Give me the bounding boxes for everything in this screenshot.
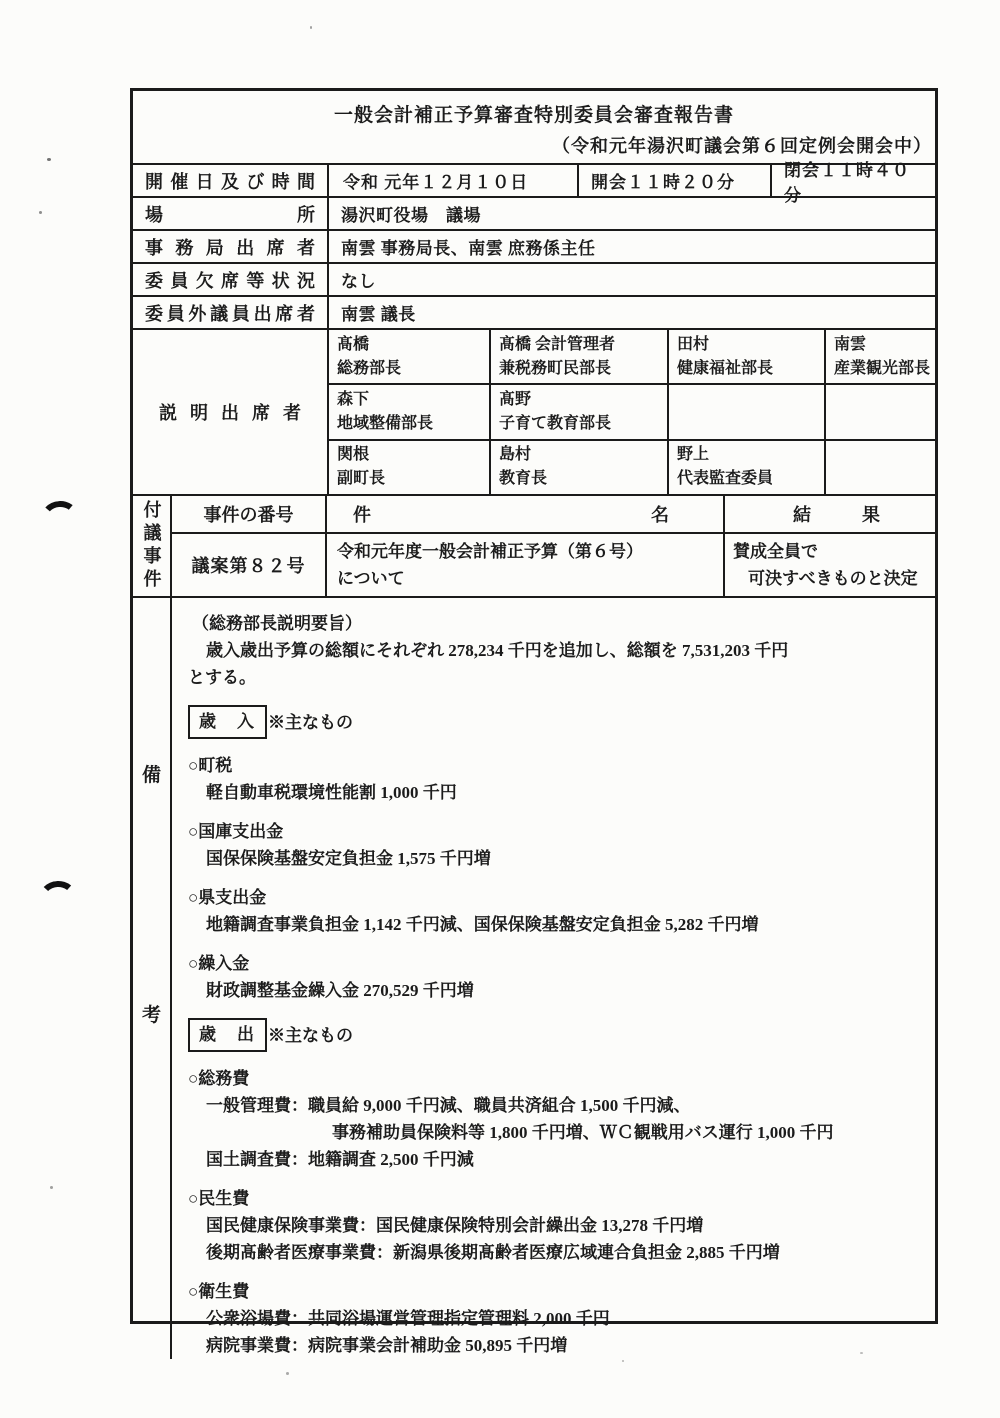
item-detail: 公衆浴場費：共同浴場運営管理指定管理料 2,000 千円 bbox=[182, 1305, 925, 1332]
value-date: 令和 元年１２月１０日 bbox=[329, 165, 579, 196]
punch-hole-mark bbox=[38, 880, 78, 916]
scan-speck bbox=[39, 211, 42, 214]
attendee-row: 髙橋 総務部長 髙橋 会計管理者 兼税務町民部長 田村 健康福祉部長 南雲 産業… bbox=[329, 330, 935, 385]
attendee-cell: 田村 健康福祉部長 bbox=[669, 330, 826, 383]
header-case-name: 件名 bbox=[327, 496, 725, 532]
item-detail: 国土調査費：地籍調査 2,500 千円減 bbox=[182, 1146, 925, 1173]
row-absent: 委員欠席等状況 なし bbox=[133, 264, 935, 297]
scan-speck bbox=[622, 1360, 624, 1362]
case-number: 議案第８２号 bbox=[172, 534, 327, 596]
expenditure-heading: 歳 出 ※主なもの bbox=[182, 1018, 925, 1052]
attendee-cell-empty bbox=[669, 385, 826, 438]
report-table: 一般会計補正予算審査特別委員会審査報告書 （令和元年湯沢町議会第６回定例会開会中… bbox=[130, 88, 938, 1324]
value-secretariat: 南雲 事務局長、南雲 庶務係主任 bbox=[329, 231, 935, 262]
attendee-cell: 島村 教育長 bbox=[491, 441, 669, 494]
scanned-report-page: { "colors": { "ink": "#1b1b1b", "paper":… bbox=[0, 0, 1000, 1418]
item-heading: ○総務費 bbox=[182, 1065, 925, 1092]
item-heading: ○県支出金 bbox=[182, 884, 925, 911]
item-heading: ○町税 bbox=[182, 752, 925, 779]
row-nonmember: 委員外議員出席者 南雲 議長 bbox=[133, 297, 935, 330]
attendee-cell: 髙橋 総務部長 bbox=[329, 330, 491, 383]
scan-speck bbox=[310, 26, 312, 29]
item-heading: ○国庫支出金 bbox=[182, 818, 925, 845]
item-detail: 地籍調査事業負担金 1,142 千円減、国保保険基盤安定負担金 5,282 千円… bbox=[182, 911, 925, 938]
label-secretariat: 事務局出席者 bbox=[133, 231, 329, 262]
item-heading: ○民生費 bbox=[182, 1185, 925, 1212]
boxed-note: ※主なもの bbox=[268, 709, 353, 736]
title-block: 一般会計補正予算審査特別委員会審査報告書 （令和元年湯沢町議会第６回定例会開会中… bbox=[133, 91, 935, 165]
label-place: 場所 bbox=[133, 198, 329, 229]
label-datetime: 開催日及び時間 bbox=[133, 165, 329, 196]
scan-speck bbox=[286, 1372, 289, 1375]
item-detail: 財政調整基金繰入金 270,529 千円増 bbox=[182, 977, 925, 1004]
attendee-cell: 髙野 子育て教育部長 bbox=[491, 385, 669, 438]
item-heading: ○衛生費 bbox=[182, 1278, 925, 1305]
boxed-note: ※主なもの bbox=[268, 1022, 353, 1049]
label-attendees: 説明出席者 bbox=[133, 330, 329, 494]
value-place: 湯沢町役場 議場 bbox=[329, 198, 935, 229]
label-absent: 委員欠席等状況 bbox=[133, 264, 329, 295]
remarks-side-label: 備 考 bbox=[133, 598, 172, 1359]
label-nonmember: 委員外議員出席者 bbox=[133, 297, 329, 328]
boxed-label-revenue: 歳 入 bbox=[188, 705, 267, 739]
item-detail: 軽自動車税環境性能割 1,000 千円 bbox=[182, 779, 925, 806]
attendee-cell: 南雲 産業観光部長 bbox=[826, 330, 935, 383]
summary-line: とする。 bbox=[182, 664, 925, 691]
remarks-content: （総務部長説明要旨） 歳入歳出予算の総額にそれぞれ 278,234 千円を追加し… bbox=[172, 598, 935, 1359]
header-case-number: 事件の番号 bbox=[172, 496, 327, 532]
scan-speck bbox=[50, 1186, 53, 1189]
value-nonmember: 南雲 議長 bbox=[329, 297, 935, 328]
item-heading: ○繰入金 bbox=[182, 950, 925, 977]
item-detail: 国民健康保険事業費：国民健康保険特別会計繰出金 13,278 千円増 bbox=[182, 1212, 925, 1239]
boxed-label-expenditure: 歳 出 bbox=[188, 1018, 267, 1052]
attendee-cell-empty bbox=[826, 385, 935, 438]
section-agenda: 付議事件 事件の番号 件名 結果 議案第８２号 令和元年度一般会計補正予算（第６… bbox=[133, 496, 935, 598]
agenda-header-row: 事件の番号 件名 結果 bbox=[172, 496, 935, 534]
attendee-cell-empty bbox=[826, 441, 935, 494]
summary-heading: （総務部長説明要旨） bbox=[182, 610, 925, 637]
section-attendees: 説明出席者 髙橋 総務部長 髙橋 会計管理者 兼税務町民部長 田村 健康福祉部長… bbox=[133, 330, 935, 496]
summary-line: 歳入歳出予算の総額にそれぞれ 278,234 千円を追加し、総額を 7,531,… bbox=[182, 637, 925, 664]
attendee-row: 関根 副町長 島村 教育長 野上 代表監査委員 bbox=[329, 441, 935, 494]
scan-speck bbox=[47, 158, 51, 161]
attendee-cell: 髙橋 会計管理者 兼税務町民部長 bbox=[491, 330, 669, 383]
section-remarks: 備 考 （総務部長説明要旨） 歳入歳出予算の総額にそれぞれ 278,234 千円… bbox=[133, 598, 935, 1359]
row-datetime: 開催日及び時間 令和 元年１２月１０日 開会１１時２０分 閉会１１時４０分 bbox=[133, 165, 935, 198]
report-subtitle: （令和元年湯沢町議会第６回定例会開会中） bbox=[133, 132, 935, 158]
item-detail: 後期髙齢者医療事業費：新潟県後期髙齢者医療広域連合負担金 2,885 千円増 bbox=[182, 1239, 925, 1266]
attendee-cell: 野上 代表監査委員 bbox=[669, 441, 826, 494]
punch-hole-mark bbox=[40, 499, 81, 536]
case-result: 賛成全員で 可決すべきものと決定 bbox=[725, 534, 935, 596]
agenda-data-row: 議案第８２号 令和元年度一般会計補正予算（第６号） について 賛成全員で 可決す… bbox=[172, 534, 935, 596]
case-name: 令和元年度一般会計補正予算（第６号） について bbox=[327, 534, 725, 596]
item-detail: 国保保険基盤安定負担金 1,575 千円増 bbox=[182, 845, 925, 872]
attendee-cell: 森下 地域整備部長 bbox=[329, 385, 491, 438]
item-detail: 事務補助員保険料等 1,800 千円増、ＷＣ観戦用バス運行 1,000 千円 bbox=[182, 1119, 925, 1146]
value-open-time: 開会１１時２０分 bbox=[579, 165, 772, 196]
revenue-heading: 歳 入 ※主なもの bbox=[182, 705, 925, 739]
row-place: 場所 湯沢町役場 議場 bbox=[133, 198, 935, 231]
item-detail: 一般管理費：職員給 9,000 千円減、職員共済組合 1,500 千円減、 bbox=[182, 1092, 925, 1119]
attendee-cell: 関根 副町長 bbox=[329, 441, 491, 494]
attendee-row: 森下 地域整備部長 髙野 子育て教育部長 bbox=[329, 385, 935, 440]
item-detail: 病院事業費：病院事業会計補助金 50,895 千円増 bbox=[182, 1332, 925, 1359]
value-absent: なし bbox=[329, 264, 935, 295]
report-title: 一般会計補正予算審査特別委員会審査報告書 bbox=[133, 100, 935, 127]
header-result: 結果 bbox=[725, 496, 935, 532]
value-close-time: 閉会１１時４０分 bbox=[772, 165, 935, 196]
agenda-side-label: 付議事件 bbox=[133, 496, 172, 596]
row-secretariat: 事務局出席者 南雲 事務局長、南雲 庶務係主任 bbox=[133, 231, 935, 264]
